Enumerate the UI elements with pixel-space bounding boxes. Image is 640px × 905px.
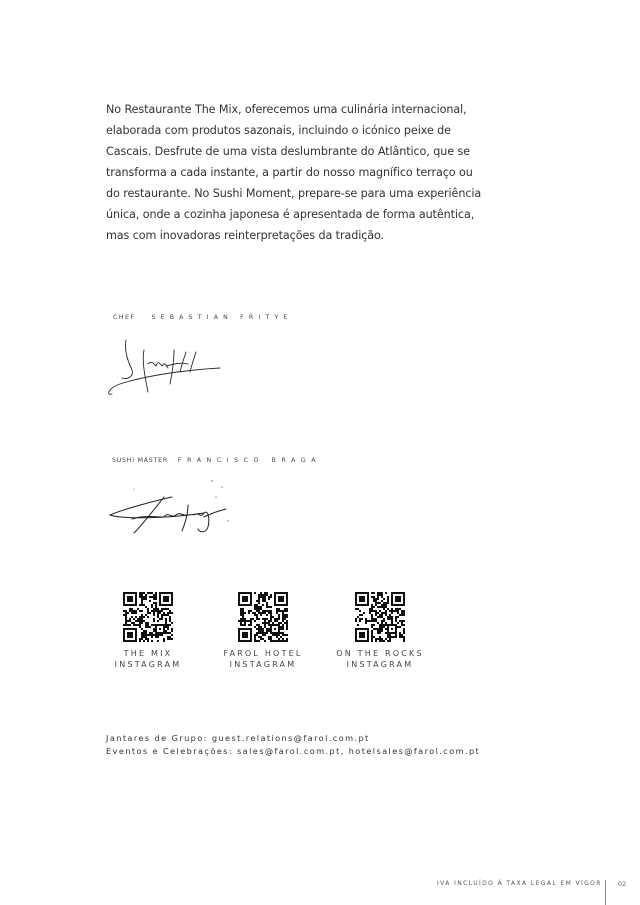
qr-label: THE MIX INSTAGRAM (98, 648, 198, 670)
sushi-master-name: FRANCISCO BRAGA (178, 457, 321, 464)
qr-on-the-rocks-instagram[interactable]: ON THE ROCKS INSTAGRAM (330, 592, 430, 670)
intro-line: do restaurante. No Sushi Moment, prepare… (106, 183, 486, 204)
intro-line: transforma a cada instante, a partir do … (106, 162, 486, 183)
events-contact[interactable]: Eventos e Celebrações: sales@farol.com.p… (106, 745, 480, 758)
intro-line: única, onde a cozinha japonesa é apresen… (106, 204, 486, 225)
qr-the-mix-instagram[interactable]: THE MIX INSTAGRAM (98, 592, 198, 670)
footer-divider (605, 880, 606, 905)
group-dinners-contact[interactable]: Jantares de Grupo: guest.relations@farol… (106, 732, 480, 745)
qr-label-line2: INSTAGRAM (330, 659, 430, 670)
tax-note: IVA INCLUÍDO À TAXA LEGAL EM VIGOR (437, 880, 602, 887)
intro-paragraph: No Restaurante The Mix, oferecemos uma c… (106, 99, 486, 246)
qr-label-line1: THE MIX (98, 648, 198, 659)
qr-label-line2: INSTAGRAM (98, 659, 198, 670)
qr-code-icon (238, 592, 288, 642)
intro-line: Cascais. Desfrute de uma vista deslumbra… (106, 141, 486, 162)
qr-code-icon (355, 592, 405, 642)
chef-role: CHEF (113, 314, 135, 321)
intro-line: mas com inovadoras reinterpretações da t… (106, 225, 486, 246)
chef-signature-icon (104, 336, 224, 406)
chef-name: SEBASTIAN FRITYE (151, 314, 292, 321)
qr-farol-hotel-instagram[interactable]: FAROL HOTEL INSTAGRAM (213, 592, 313, 670)
qr-label-line2: INSTAGRAM (213, 659, 313, 670)
intro-line: elaborada com produtos sazonais, incluin… (106, 120, 486, 141)
qr-label-line1: ON THE ROCKS (330, 648, 430, 659)
qr-label: ON THE ROCKS INSTAGRAM (330, 648, 430, 670)
sushi-master-label: SUSHI MASTERFRANCISCO BRAGA (112, 457, 321, 464)
sushi-master-signature-icon (104, 475, 234, 540)
qr-label-line1: FAROL HOTEL (213, 648, 313, 659)
chef-label: CHEFSEBASTIAN FRITYE (113, 314, 292, 321)
contacts: Jantares de Grupo: guest.relations@farol… (106, 732, 480, 757)
page-number: 02 (618, 880, 626, 888)
qr-label: FAROL HOTEL INSTAGRAM (213, 648, 313, 670)
intro-line: No Restaurante The Mix, oferecemos uma c… (106, 99, 486, 120)
sushi-master-role: SUSHI MASTER (112, 457, 168, 464)
qr-code-icon (123, 592, 173, 642)
